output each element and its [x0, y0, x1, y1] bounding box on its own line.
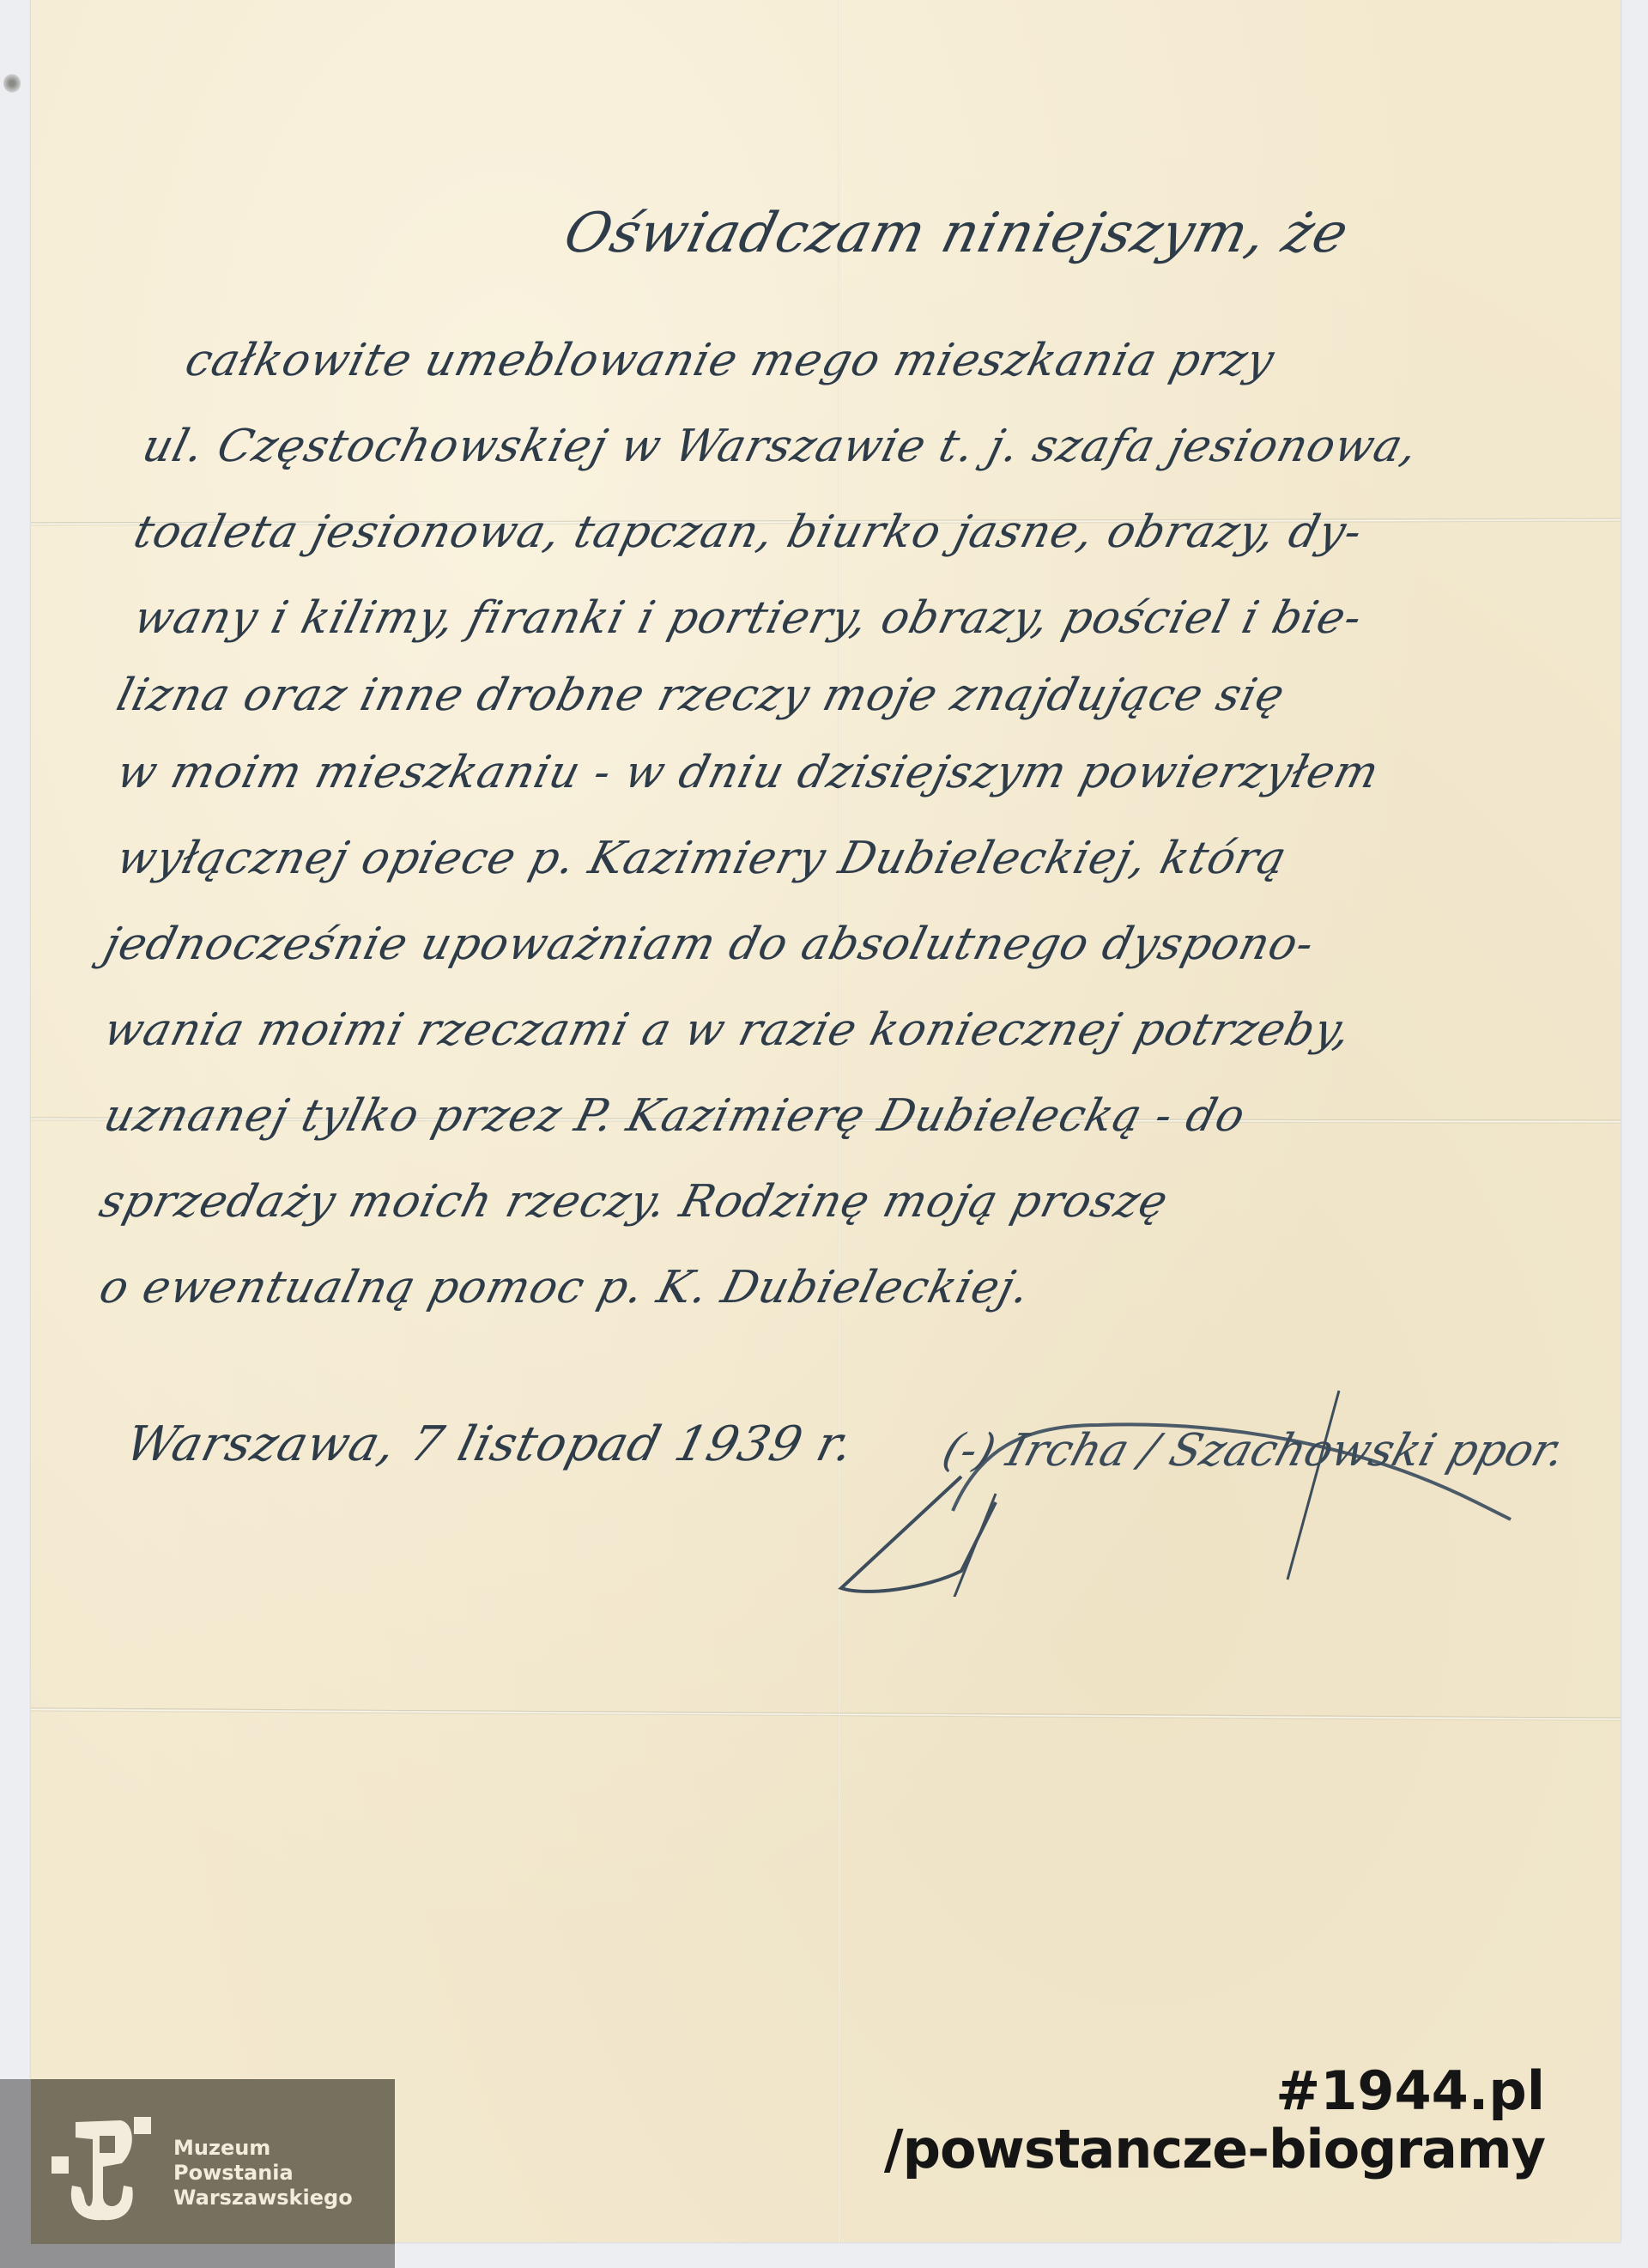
watermark-path: /powstancze-biogramy — [884, 2120, 1545, 2179]
logo-line: Muzeum — [173, 2136, 353, 2161]
letter-line: lizna oraz inne drobne rzeczy moje znajd… — [112, 670, 1290, 721]
kotwica-anchor-icon — [51, 2113, 154, 2225]
signature: (-) Ircha / Szachowski ppor. — [936, 1425, 1571, 1477]
letter-line: sprzedaży moich rzeczy. Rodzinę moją pro… — [94, 1176, 1173, 1228]
signature-flourish — [807, 1374, 1554, 1597]
museum-logo-text: Muzeum Powstania Warszawskiego — [173, 2136, 353, 2210]
letter-line: wany i kilimy, firanki i portiery, obraz… — [129, 592, 1367, 644]
letter-line: w moim mieszkaniu - w dniu dzisiejszym p… — [112, 747, 1384, 798]
horizontal-fold-crease — [31, 1707, 1621, 1720]
place-and-date: Warszawa, 7 listopad 1939 r. — [120, 1416, 859, 1472]
letter-line: toaleta jesionowa, tapczan, biurko jasne… — [129, 506, 1368, 558]
logo-line: Powstania — [173, 2161, 353, 2186]
letter-line: całkowite umeblowanie mego mieszkania pr… — [180, 335, 1280, 386]
logo-line: Warszawskiego — [173, 2186, 353, 2210]
letter-heading: Oświadczam niniejszym, że — [558, 202, 1355, 265]
letter-line: jednocześnie upoważniam do absolutnego d… — [99, 919, 1319, 970]
letter-line: uznanej tylko przez P. Kazimierę Dubiele… — [99, 1090, 1251, 1142]
watermark-hashtag: #1944.pl — [884, 2062, 1545, 2120]
letter-line: wyłącznej opiece p. Kazimiery Dubielecki… — [112, 833, 1292, 884]
scan-debris-mark — [3, 74, 21, 93]
letter-line: ul. Częstochowskiej w Warszawie t. j. sz… — [137, 421, 1423, 472]
letter-line: wania moimi rzeczami a w razie konieczne… — [99, 1004, 1357, 1056]
source-watermark: #1944.pl /powstancze-biogramy — [884, 2062, 1545, 2179]
letter-line: o ewentualną pomoc p. K. Dubieleckiej. — [94, 1262, 1035, 1313]
